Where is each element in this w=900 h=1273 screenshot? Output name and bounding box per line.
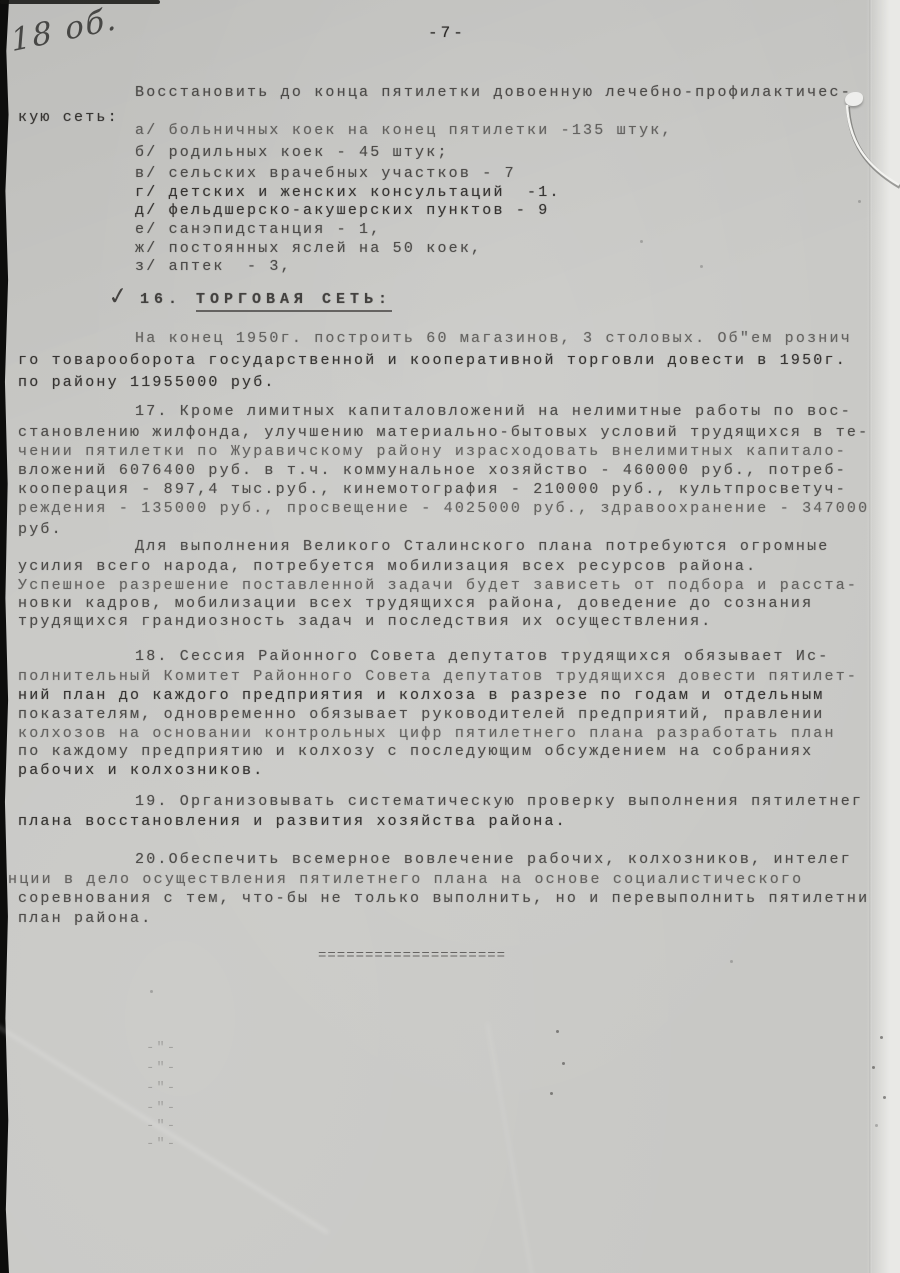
typed-line: по каждому предприятию и колхозу с после… <box>18 743 813 760</box>
typed-line: нции в дело осуществления пятилетнего пл… <box>8 871 803 888</box>
typed-line: кооперация - 897,4 тыс.руб., кинемотогра… <box>18 481 847 498</box>
typed-line: полнительный Комитет Районного Совета де… <box>18 668 858 685</box>
typed-line: чении пятилетки по Журавичскому району и… <box>18 443 847 460</box>
paper-speckle <box>875 1124 878 1127</box>
list-item: а/ больничных коек на конец пятилетки -1… <box>135 122 673 139</box>
paper-speckle <box>562 1062 565 1065</box>
scan-edge-top <box>0 0 160 4</box>
paper-speckle <box>556 1030 559 1033</box>
ditto-mark: -"- <box>146 1080 177 1096</box>
typed-line: На конец 1950г. построить 60 магазинов, … <box>135 330 852 347</box>
typed-line: ний план до каждого предприятия и колхоз… <box>18 687 825 704</box>
typed-divider: ==================== <box>318 948 506 964</box>
ditto-mark: -"- <box>146 1136 177 1152</box>
paper-speckle <box>880 1036 883 1039</box>
paper-speckle <box>640 240 643 243</box>
paper-thread-wrinkle <box>828 95 900 205</box>
typed-line: кую сеть: <box>18 109 119 126</box>
typed-line: план района. <box>18 910 152 927</box>
ditto-mark: -"- <box>146 1060 177 1076</box>
typed-line: Восстановить до конца пятилетки довоенну… <box>135 84 852 101</box>
list-item: г/ детских и женских консультаций -1. <box>135 184 561 201</box>
typed-line: рабочих и колхозников. <box>18 762 264 779</box>
typed-line: руб. <box>18 521 63 538</box>
paper-speckle <box>700 265 703 268</box>
list-item: е/ санэпидстанция - 1, <box>135 221 381 238</box>
typed-line: соревнования с тем, что-бы не только вып… <box>18 890 869 907</box>
typed-line: 17. Кроме лимитных капиталовложений на н… <box>135 403 852 420</box>
typed-line: трудящихся грандиозность задач и последс… <box>18 613 713 630</box>
typed-line: показателям, одновременно обязывает руко… <box>18 706 825 723</box>
typed-line: 18. Сессия Районного Совета депутатов тр… <box>135 648 830 665</box>
paper-speckle <box>883 1096 886 1099</box>
scan-edge-left <box>0 0 9 1273</box>
typed-line: новки кадров, мобилизации всех трудящихс… <box>18 595 813 612</box>
page-number: -7- <box>428 24 466 42</box>
scanned-document-page: 18 об. -7- Восстановить до конца пятилет… <box>0 0 900 1273</box>
ditto-mark: -"- <box>146 1040 177 1056</box>
paper-speckle <box>550 1092 553 1095</box>
section-heading: 16. ТОРГОВАЯ СЕТЬ: <box>140 291 392 308</box>
typed-line: по району 11955000 руб. <box>18 374 276 391</box>
handwritten-note: 18 об. <box>9 1 119 60</box>
section-title: ТОРГОВАЯ СЕТЬ: <box>196 291 392 312</box>
typed-line: реждения - 135000 руб., просвещение - 40… <box>18 500 869 517</box>
list-item: ж/ постоянных яслей на 50 коек, <box>135 240 482 257</box>
typed-line: становлению жилфонда, улучшению материал… <box>18 424 869 441</box>
typed-line: 19. Организовывать систематическую прове… <box>135 793 863 810</box>
section-number: 16. <box>140 291 196 308</box>
typed-line: 20.Обеспечить всемерное вовлечение рабоч… <box>135 851 852 868</box>
typed-line: колхозов на основании контрольных цифр п… <box>18 725 836 742</box>
ditto-mark: -"- <box>146 1118 177 1134</box>
typed-line: го товарооборота государственной и коопе… <box>18 352 847 369</box>
typed-line: вложений 6076400 руб. в т.ч. коммунально… <box>18 462 847 479</box>
paper-crease <box>486 1023 533 1273</box>
list-item: б/ родильных коек - 45 штук; <box>135 144 449 161</box>
paper-speckle <box>858 200 861 203</box>
typed-line: Для выполнения Великого Сталинского план… <box>135 538 830 555</box>
paper-speckle <box>872 1066 875 1069</box>
list-item: в/ сельских врачебных участков - 7 <box>135 165 516 182</box>
handwritten-checkmark: ✓ <box>106 281 130 312</box>
paper-speckle <box>730 960 733 963</box>
typed-line: Успешное разрешение поставленной задачи … <box>18 577 858 594</box>
typed-line: усилия всего народа, потребуется мобилиз… <box>18 558 757 575</box>
list-item: д/ фельдшерско-акушерских пунктов - 9 <box>135 202 549 219</box>
list-item: з/ аптек - 3, <box>135 258 292 275</box>
paper-speckle <box>150 990 153 993</box>
ditto-mark: -"- <box>146 1100 177 1116</box>
typed-line: плана восстановления и развития хозяйств… <box>18 813 567 830</box>
